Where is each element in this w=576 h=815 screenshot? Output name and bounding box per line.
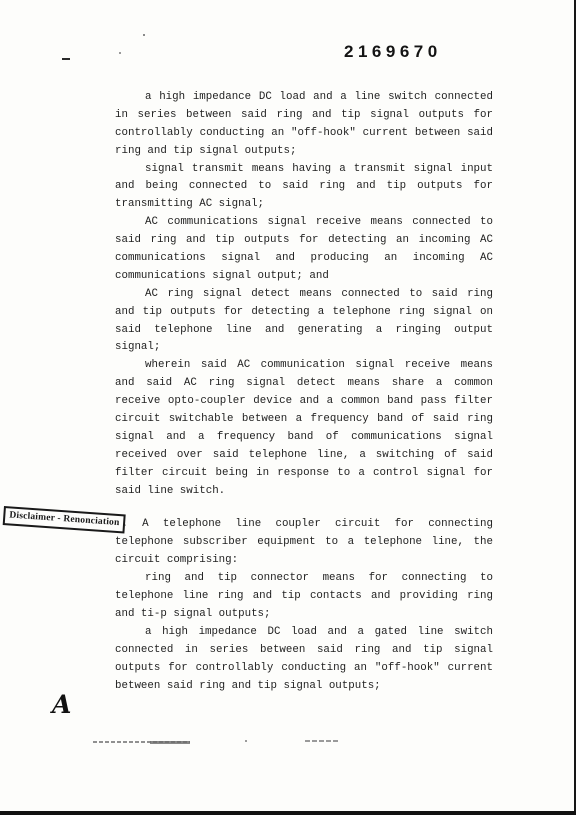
text-line: communications signal and producing an i… bbox=[115, 250, 493, 268]
text-line: said telephone line and generating a rin… bbox=[115, 322, 493, 340]
text-line: 4. A telephone line coupler circuit for … bbox=[115, 516, 493, 534]
text-line: ring and tip connector means for connect… bbox=[115, 570, 493, 588]
patent-number: 2169670 bbox=[344, 42, 442, 62]
text-line: circuit comprising: bbox=[115, 552, 493, 570]
text-line: circuit switchable between a frequency b… bbox=[115, 411, 493, 429]
claim4-dc-load-clause: a high impedance DC load and a gated lin… bbox=[115, 624, 493, 696]
claim3-ring-detect-clause: AC ring signal detect means connected to… bbox=[115, 286, 493, 358]
text-line: said ring and tip outputs for detecting … bbox=[115, 232, 493, 250]
scan-smudge-line bbox=[150, 741, 190, 744]
claim3-signal-transmit-clause: signal transmit means having a transmit … bbox=[115, 161, 493, 215]
text-line: and ti-p signal outputs; bbox=[115, 606, 493, 624]
claim4-preamble: 4. A telephone line coupler circuit for … bbox=[115, 516, 493, 570]
text-line: between said ring and tip signal outputs… bbox=[115, 678, 493, 696]
text-line: signal and a frequency band of communica… bbox=[115, 429, 493, 447]
claim3-dc-load-clause: a high impedance DC load and a line swit… bbox=[115, 89, 493, 161]
text-line: filter circuit being in response to a co… bbox=[115, 465, 493, 483]
text-line: communications signal output; and bbox=[115, 268, 493, 286]
text-line: telephone line ring and tip contacts and… bbox=[115, 588, 493, 606]
text-line: AC communications signal receive means c… bbox=[115, 214, 493, 232]
text-line: received over said telephone line, a swi… bbox=[115, 447, 493, 465]
text-line: outputs for controllably conducting an "… bbox=[115, 660, 493, 678]
text-line: in series between said ring and tip sign… bbox=[115, 107, 493, 125]
text-line: wherein said AC communication signal rec… bbox=[115, 357, 493, 375]
text-line: receive opto-coupler device and a common… bbox=[115, 393, 493, 411]
text-line: signal; bbox=[115, 339, 493, 357]
text-line: signal transmit means having a transmit … bbox=[115, 161, 493, 179]
text-line: said line switch. bbox=[115, 483, 493, 501]
scan-dash-artifact bbox=[62, 58, 70, 60]
claim3-ac-receive-clause: AC communications signal receive means c… bbox=[115, 214, 493, 286]
text-line: AC ring signal detect means connected to… bbox=[115, 286, 493, 304]
page-scan-edge-bottom bbox=[0, 811, 576, 815]
scan-speck bbox=[119, 52, 121, 54]
text-line: and said AC ring signal detect means sha… bbox=[115, 375, 493, 393]
text-line: connected in series between said ring an… bbox=[115, 642, 493, 660]
text-line: and tip outputs for detecting a telephon… bbox=[115, 304, 493, 322]
claim3-wherein-clause: wherein said AC communication signal rec… bbox=[115, 357, 493, 500]
text-line: controllably conducting an "off-hook" cu… bbox=[115, 125, 493, 143]
scan-smudge-line bbox=[305, 740, 339, 742]
text-line: ring and tip signal outputs; bbox=[115, 143, 493, 161]
text-line: a high impedance DC load and a gated lin… bbox=[115, 624, 493, 642]
patent-page: 2169670 a high impedance DC load and a l… bbox=[0, 0, 576, 815]
text-line: a high impedance DC load and a line swit… bbox=[115, 89, 493, 107]
margin-mark-a: A bbox=[52, 690, 71, 719]
scan-speck bbox=[143, 34, 145, 36]
disclaimer-stamp: Disclaimer - Renonciation bbox=[3, 506, 126, 533]
text-line: and being connected to said ring and tip… bbox=[115, 178, 493, 196]
text-line: transmitting AC signal; bbox=[115, 196, 493, 214]
claim4-connector-clause: ring and tip connector means for connect… bbox=[115, 570, 493, 624]
text-column: a high impedance DC load and a line swit… bbox=[115, 89, 493, 695]
scan-smudge-dot bbox=[245, 740, 247, 742]
text-line: telephone subscriber equipment to a tele… bbox=[115, 534, 493, 552]
